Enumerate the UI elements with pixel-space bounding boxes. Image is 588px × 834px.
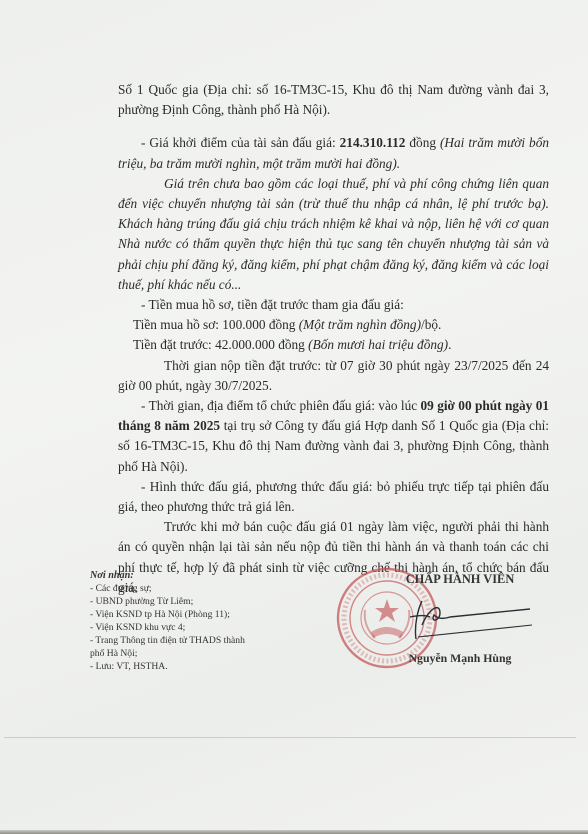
- document-page: Số 1 Quốc gia (Địa chỉ: số 16-TM3C-15, K…: [0, 0, 588, 834]
- signer-name: Nguyễn Mạnh Hùng: [370, 651, 550, 666]
- paragraph-auction-method: - Hình thức đấu giá, phương thức đấu giá…: [118, 477, 549, 517]
- paragraph-starting-price: - Giá khởi điểm của tài sản đấu giá: 214…: [118, 133, 549, 173]
- auction-time-label: - Thời gian, địa điểm tổ chức phiên đấu …: [141, 398, 421, 413]
- starting-price-unit: đồng: [405, 135, 440, 150]
- starting-price-label: - Giá khởi điểm của tài sản đấu giá:: [141, 135, 340, 150]
- recipient-item: - UBND phường Từ Liêm;: [90, 595, 250, 608]
- deposit-suffix: .: [448, 337, 451, 352]
- dossier-fee-label: Tiền mua hồ sơ: 100.000 đồng: [133, 317, 299, 332]
- paper-bottom-edge: [0, 830, 588, 834]
- paragraph-auction-time-place: - Thời gian, địa điểm tổ chức phiên đấu …: [118, 396, 549, 477]
- signer-title: CHẤP HÀNH VIÊN: [370, 572, 550, 587]
- paragraph-price-note: Giá trên chưa bao gồm các loại thuế, phí…: [118, 174, 549, 295]
- recipient-item: - Viện KSND tp Hà Nội (Phòng 11);: [90, 608, 250, 621]
- deposit-words: (Bốn mươi hai triệu đồng): [308, 337, 448, 352]
- paragraph-fees-heading: - Tiền mua hồ sơ, tiền đặt trước tham gi…: [118, 295, 549, 315]
- starting-price-amount: 214.310.112: [340, 135, 406, 150]
- dossier-fee-suffix: /bộ.: [421, 317, 441, 332]
- recipient-item: - Trang Thông tin điện tử THADS thành ph…: [90, 634, 250, 660]
- deposit-label: Tiền đặt trước: 42.000.000 đồng: [133, 337, 308, 352]
- paragraph-dossier-fee: Tiền mua hồ sơ: 100.000 đồng (Một trăm n…: [118, 315, 549, 335]
- recipient-item: - Các đương sự;: [90, 582, 250, 595]
- dossier-fee-words: (Một trăm nghìn đồng): [299, 317, 421, 332]
- document-body: Số 1 Quốc gia (Địa chỉ: số 16-TM3C-15, K…: [118, 80, 549, 598]
- recipient-item: - Lưu: VT, HSTHA.: [90, 660, 250, 673]
- paragraph-deposit-time: Thời gian nộp tiền đặt trước: từ 07 giờ …: [118, 356, 549, 396]
- handwritten-signature-icon: [400, 595, 540, 645]
- paragraph-deposit: Tiền đặt trước: 42.000.000 đồng (Bốn mươ…: [118, 335, 549, 355]
- paper-fold-line: [4, 737, 576, 738]
- paragraph-address: Số 1 Quốc gia (Địa chỉ: số 16-TM3C-15, K…: [118, 80, 549, 120]
- recipient-item: - Viện KSND khu vực 4;: [90, 621, 250, 634]
- recipients-title: Nơi nhận:: [90, 569, 250, 582]
- recipients-list: Nơi nhận: - Các đương sự; - UBND phường …: [90, 569, 250, 673]
